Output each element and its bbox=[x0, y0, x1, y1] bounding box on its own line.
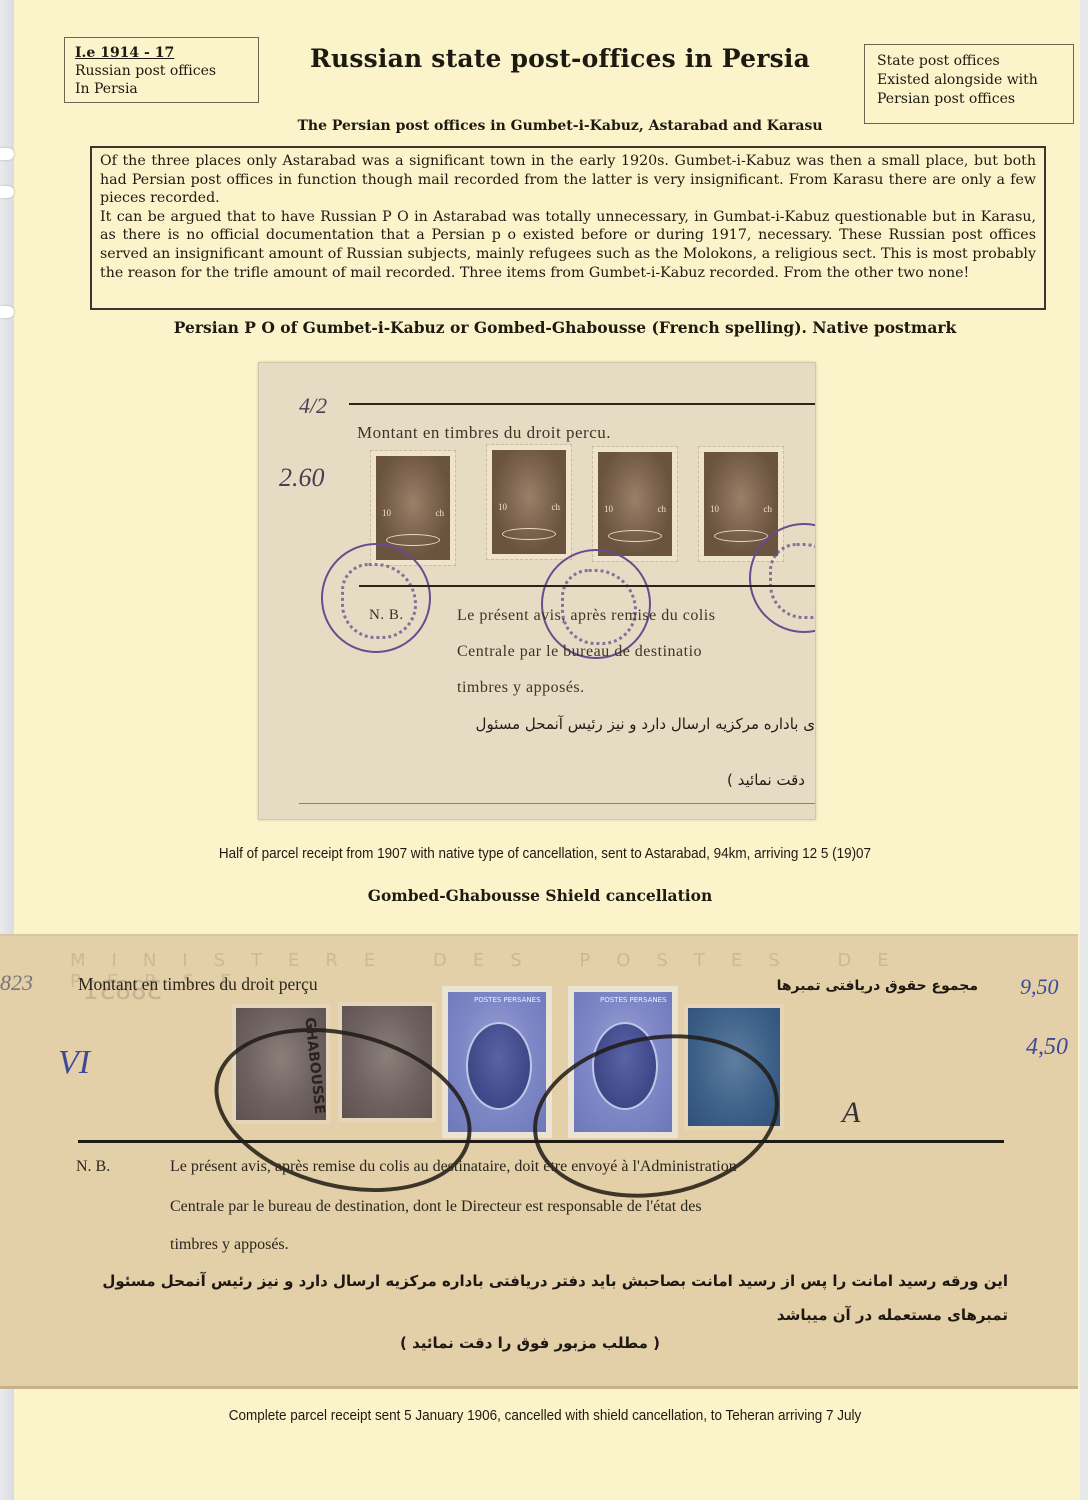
item1-caption: Half of parcel receipt from 1907 with na… bbox=[94, 846, 996, 862]
edge-number: 823 bbox=[0, 970, 33, 996]
amount-arabic: مجموع حقوق دریافتی تمبرها bbox=[777, 978, 978, 994]
form-rule bbox=[78, 1140, 1004, 1143]
handwritten-amount: 2.60 bbox=[279, 463, 325, 493]
arabic-line-1: ی باداره مرکزیه ارسال دارد و نیز رئیس آن… bbox=[476, 715, 815, 733]
note-box: State post offices Existed alongside wit… bbox=[864, 44, 1074, 124]
note-line-3: Persian post offices bbox=[877, 90, 1061, 109]
note-line-1: State post offices bbox=[877, 52, 1061, 71]
punch-hole bbox=[0, 306, 14, 318]
item2-heading: Gombed-Ghabousse Shield cancellation bbox=[200, 886, 880, 905]
stamp-lion-10ch: 10 ch bbox=[487, 445, 571, 559]
reference-line-2: In Persia bbox=[75, 80, 248, 98]
handwritten-fraction: 4/2 bbox=[299, 393, 327, 419]
half-parcel-receipt: Montant en timbres du droit percu. 4/2 2… bbox=[258, 362, 816, 820]
form-rule bbox=[359, 585, 815, 587]
punch-hole bbox=[0, 148, 14, 160]
intro-paragraph-1: Of the three places only Astarabad was a… bbox=[100, 152, 1036, 208]
arabic-line-3: ( مطلب مزبور فوق را دقت نمائید ) bbox=[400, 1334, 660, 1352]
reference-code: I.e 1914 - 17 bbox=[75, 44, 248, 62]
note-line-2: Existed alongside with bbox=[877, 71, 1061, 90]
album-sleeve-edge-right bbox=[1080, 0, 1088, 1500]
intro-text-box: Of the three places only Astarabad was a… bbox=[90, 146, 1046, 310]
nb-line-1: Le présent avis, après remise du colis a… bbox=[170, 1158, 1006, 1176]
reference-line-1: Russian post offices bbox=[75, 62, 248, 80]
item1-heading: Persian P O of Gumbet-i-Kabuz or Gombed-… bbox=[100, 318, 1030, 337]
nb-line-2: Centrale par le bureau de destinatio bbox=[457, 643, 702, 661]
stamp-lion-10ch: 10 ch bbox=[593, 447, 677, 561]
handwritten-mark: VI bbox=[58, 1044, 90, 1082]
form-rule bbox=[349, 403, 815, 405]
arabic-line-1: این ورقه رسید امانت را پس از رسید امانت … bbox=[102, 1272, 1008, 1290]
amount-line: Montant en timbres du droit perçu bbox=[78, 974, 318, 995]
nb-line-3: timbres y apposés. bbox=[170, 1236, 289, 1254]
nb-label: N. B. bbox=[369, 607, 404, 624]
punch-hole bbox=[0, 186, 14, 198]
intro-paragraph-2: It can be argued that to have Russian P … bbox=[100, 208, 1036, 282]
handwritten-a: A bbox=[842, 1096, 860, 1130]
arabic-line-2: تمبرهای مستعمله در آن میباشد bbox=[777, 1306, 1008, 1324]
native-postmark bbox=[321, 543, 431, 653]
nb-line-3: timbres y apposés. bbox=[457, 679, 585, 697]
nb-label: N. B. bbox=[76, 1158, 110, 1176]
form-rule bbox=[299, 803, 815, 804]
reference-box: I.e 1914 - 17 Russian post offices In Pe… bbox=[64, 37, 259, 103]
amount-line: Montant en timbres du droit percu. bbox=[357, 423, 611, 443]
nb-line-1: Le présent avis, après remise du colis bbox=[457, 607, 715, 625]
handwritten-total-2: 4,50 bbox=[1026, 1034, 1068, 1061]
page-title: Russian state post-offices in Persia bbox=[280, 44, 840, 73]
section-title: The Persian post offices in Gumbet-i-Kab… bbox=[160, 118, 960, 134]
complete-parcel-receipt: MINISTERE DES POSTES DE PERSE 38831 823 … bbox=[0, 934, 1078, 1389]
item2-caption: Complete parcel receipt sent 5 January 1… bbox=[94, 1408, 996, 1424]
arabic-line-2: دقت نمائید ) bbox=[727, 771, 805, 789]
nb-line-2: Centrale par le bureau de destination, d… bbox=[170, 1198, 702, 1216]
handwritten-total: 9,50 bbox=[1020, 974, 1059, 1000]
